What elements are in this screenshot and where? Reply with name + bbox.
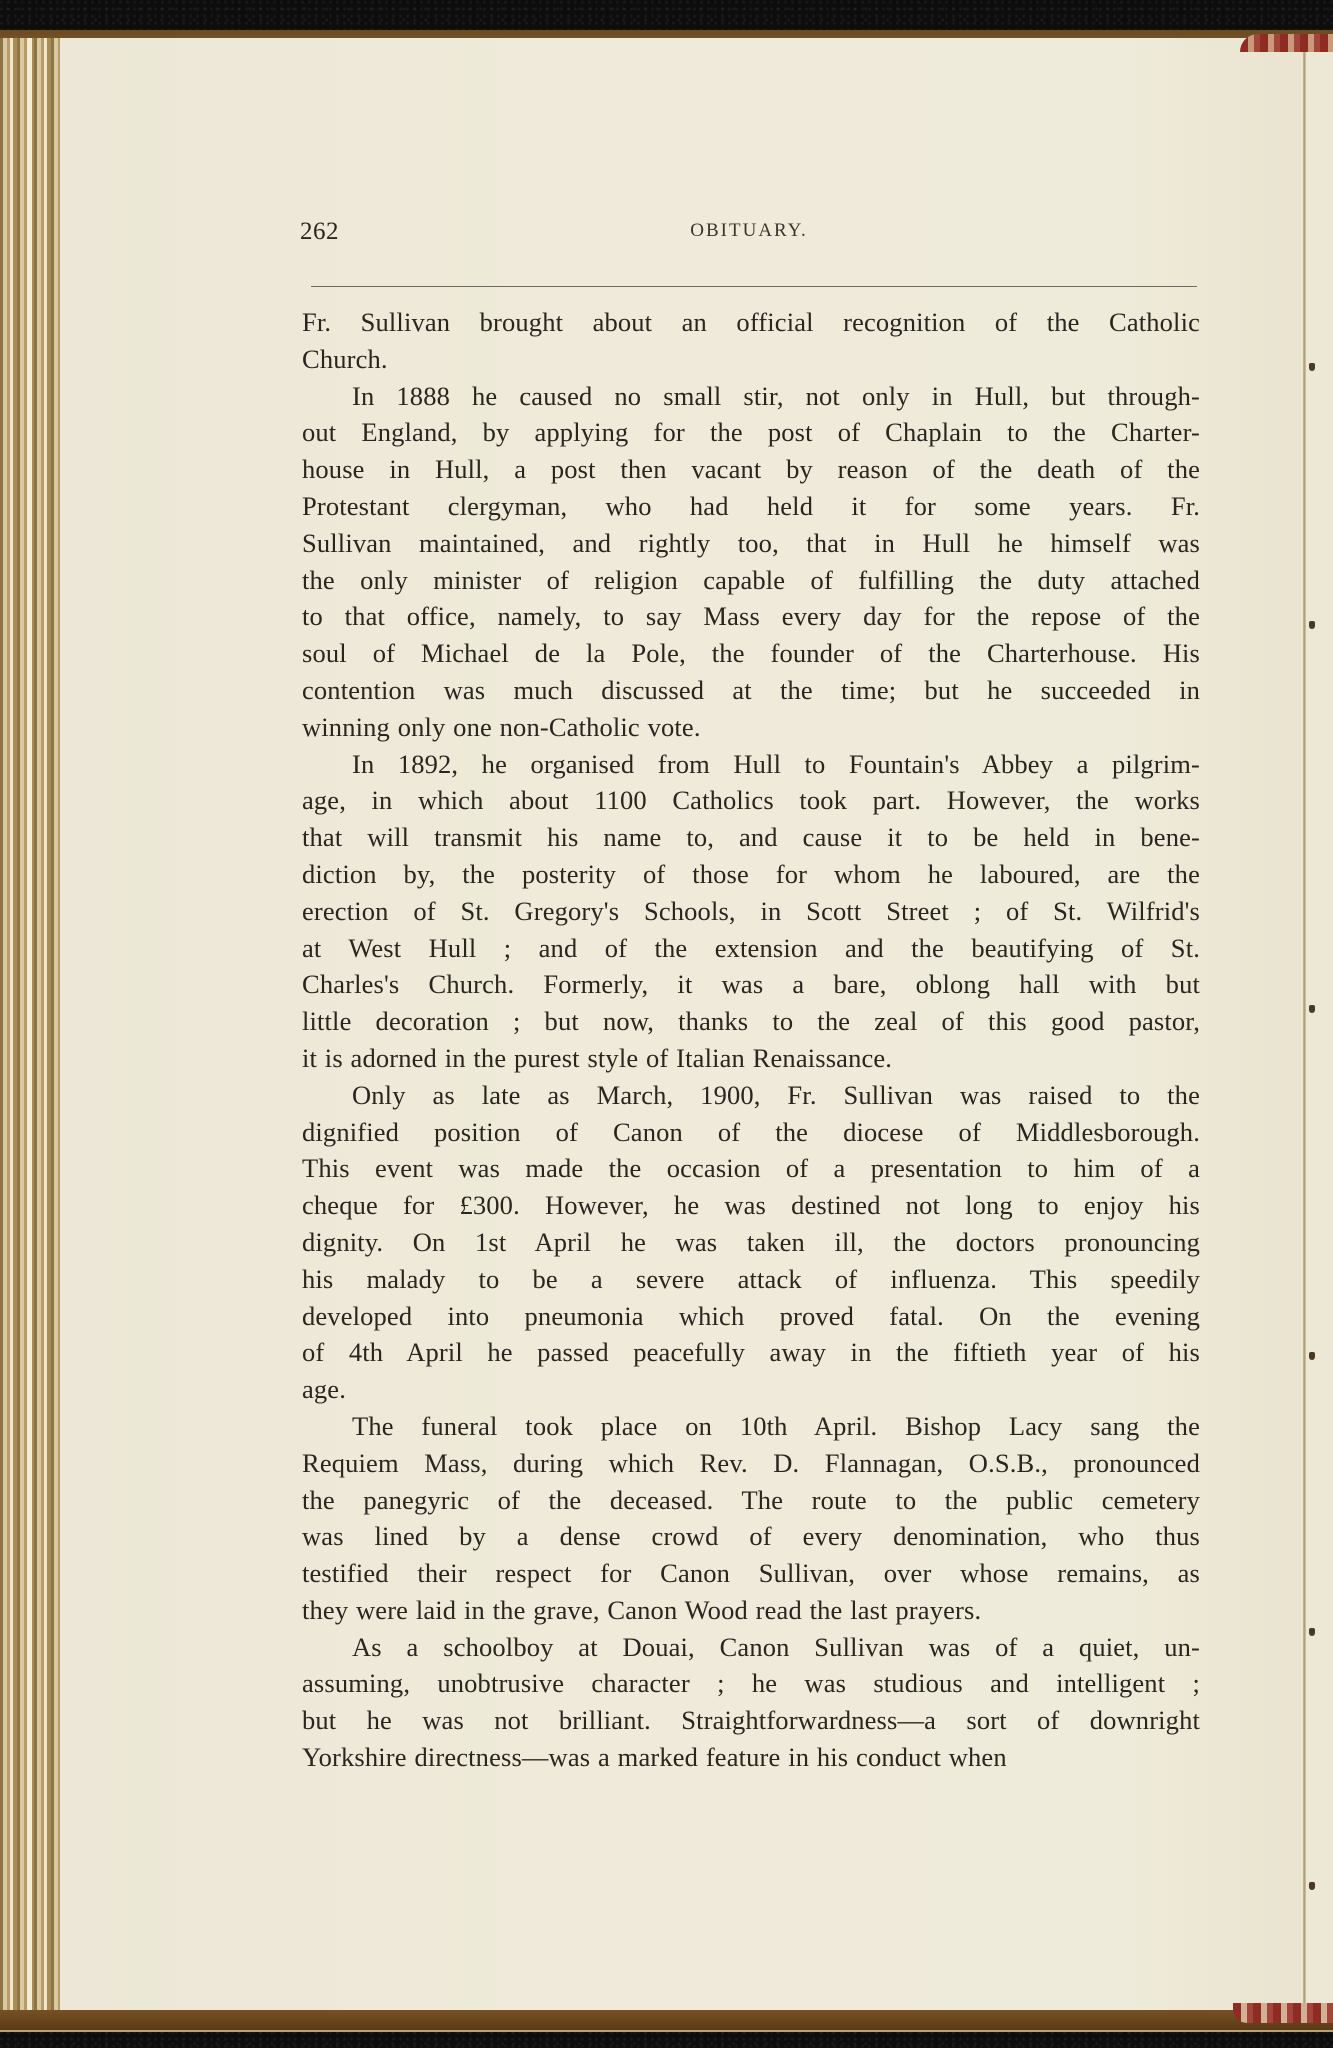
- text-line: The funeral took place on 10th April. Bi…: [302, 1408, 1200, 1445]
- text-line: As a schoolboy at Douai, Canon Sullivan …: [302, 1629, 1200, 1666]
- text-line: cheque for £300. However, he was destine…: [302, 1187, 1200, 1224]
- text-line: Protestant clergyman, who had held it fo…: [302, 488, 1200, 525]
- text-line: Requiem Mass, during which Rev. D. Flann…: [302, 1445, 1200, 1482]
- page-edges-stack: [0, 38, 62, 2010]
- running-head: 262 OBITUARY.: [300, 218, 1198, 258]
- text-line: diction by, the posterity of those for w…: [302, 856, 1200, 893]
- text-line: Sullivan maintained, and rightly too, th…: [302, 525, 1200, 562]
- text-line: In 1892, he organised from Hull to Fount…: [302, 746, 1200, 783]
- text-line: winning only one non-Catholic vote.: [302, 709, 1200, 746]
- text-line: was lined by a dense crowd of every deno…: [302, 1518, 1200, 1555]
- text-line: it is adorned in the purest style of Ita…: [302, 1040, 1200, 1077]
- stitch-hole: [1309, 363, 1315, 371]
- text-line: they were laid in the grave, Canon Wood …: [302, 1592, 1200, 1629]
- stitch-hole: [1309, 1882, 1315, 1890]
- book-board-bottom: [0, 2008, 1333, 2032]
- text-line: the panegyric of the deceased. The route…: [302, 1482, 1200, 1519]
- text-line: to that office, namely, to say Mass ever…: [302, 598, 1200, 635]
- text-line: age, in which about 1100 Catholics took …: [302, 782, 1200, 819]
- stitch-hole: [1309, 1352, 1315, 1360]
- headband-bottom: [1233, 2003, 1333, 2023]
- stitch-hole: [1309, 1628, 1315, 1636]
- text-line: at West Hull ; and of the extension and …: [302, 930, 1200, 967]
- text-line: dignity. On 1st April he was taken ill, …: [302, 1224, 1200, 1261]
- text-line: erection of St. Gregory's Schools, in Sc…: [302, 893, 1200, 930]
- text-line: his malady to be a severe attack of infl…: [302, 1261, 1200, 1298]
- header-rule: [311, 286, 1197, 287]
- stitch-hole: [1309, 1005, 1315, 1013]
- text-line: Fr. Sullivan brought about an official r…: [302, 304, 1200, 341]
- text-line: In 1888 he caused no small stir, not onl…: [302, 378, 1200, 415]
- text-line: dignified position of Canon of the dioce…: [302, 1114, 1200, 1151]
- text-line: out England, by applying for the post of…: [302, 414, 1200, 451]
- text-line: that will transmit his name to, and caus…: [302, 819, 1200, 856]
- text-line: little decoration ; but now, thanks to t…: [302, 1003, 1200, 1040]
- text-line: testified their respect for Canon Sulliv…: [302, 1555, 1200, 1592]
- text-line: house in Hull, a post then vacant by rea…: [302, 451, 1200, 488]
- running-title: OBITUARY.: [300, 220, 1198, 242]
- text-line: This event was made the occasion of a pr…: [302, 1150, 1200, 1187]
- stitch-hole: [1309, 621, 1315, 629]
- text-line: Only as late as March, 1900, Fr. Sulliva…: [302, 1077, 1200, 1114]
- facing-page-sliver: [1306, 40, 1333, 2005]
- headband-top: [1240, 34, 1333, 52]
- body-text: Fr. Sullivan brought about an official r…: [302, 304, 1200, 1776]
- text-line: Charles's Church. Formerly, it was a bar…: [302, 966, 1200, 1003]
- text-line: contention was much discussed at the tim…: [302, 672, 1200, 709]
- text-line: of 4th April he passed peacefully away i…: [302, 1334, 1200, 1371]
- gutter-line: [1303, 52, 1306, 2007]
- text-line: developed into pneumonia which proved fa…: [302, 1298, 1200, 1335]
- text-line: soul of Michael de la Pole, the founder …: [302, 635, 1200, 672]
- text-line: Yorkshire directness—was a marked featur…: [302, 1739, 1200, 1776]
- text-line: the only minister of religion capable of…: [302, 562, 1200, 599]
- text-line: but he was not brilliant. Straightforwar…: [302, 1702, 1200, 1739]
- text-line: Church.: [302, 341, 1200, 378]
- text-line: assuming, unobtrusive character ; he was…: [302, 1665, 1200, 1702]
- text-line: age.: [302, 1371, 1200, 1408]
